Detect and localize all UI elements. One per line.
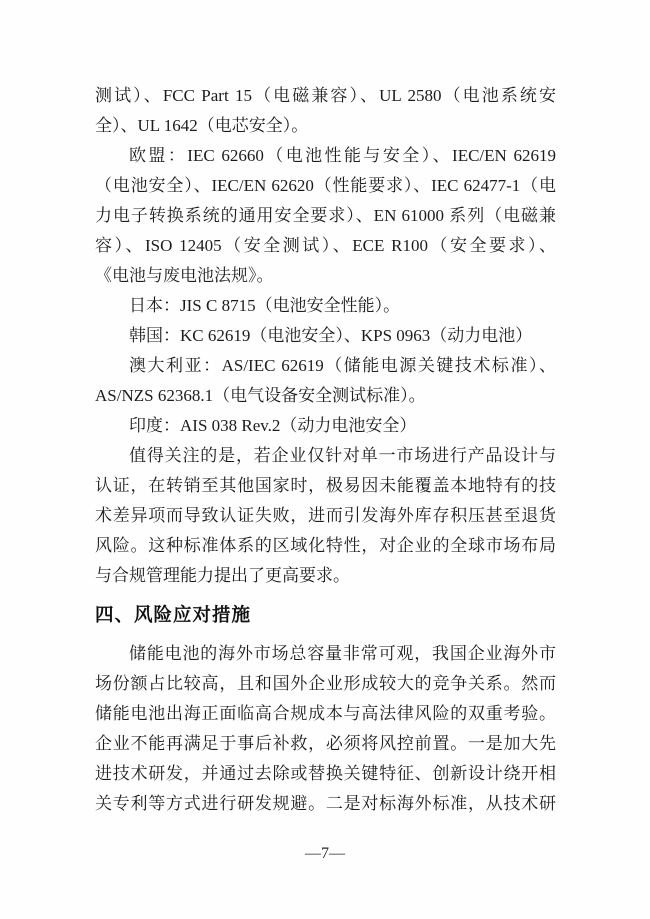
text-line: 储能电池的海外市场总容量非常可观，我国企业海外市 [95,639,556,669]
paragraph: 日本：JIS C 8715（电池安全性能）。 [95,291,556,321]
paragraph: 韩国：KC 62619（电池安全）、KPS 0963（动力电池） [95,321,556,351]
text-line: 企业不能再满足于事后补救，必须将风控前置。一是加大先 [95,729,556,759]
text-line: 《电池与废电池法规》。 [95,261,556,291]
text-line: 欧盟：IEC 62660（电池性能与安全）、IEC/EN 62619 [95,141,556,171]
paragraph: 印度：AIS 038 Rev.2（动力电池安全） [95,411,556,441]
document-page: 测试）、FCC Part 15（电磁兼容）、UL 2580（电池系统安全）、UL… [0,0,650,919]
paragraph: 澳大利亚：AS/IEC 62619（储能电源关键技术标准）、AS/NZS 623… [95,351,556,411]
document-body: 测试）、FCC Part 15（电磁兼容）、UL 2580（电池系统安全）、UL… [95,81,556,819]
text-line: 风险。这种标准体系的区域化特性，对企业的全球市场布局 [95,531,556,561]
paragraph: 储能电池的海外市场总容量非常可观，我国企业海外市场份额占比较高，且和国外企业形成… [95,639,556,819]
text-line: 关专利等方式进行研发规避。二是对标海外标准，从技术研 [95,789,556,819]
page-number: —7— [0,840,650,868]
paragraph: 测试）、FCC Part 15（电磁兼容）、UL 2580（电池系统安全）、UL… [95,81,556,141]
section-heading: 四、风险应对措施 [95,600,556,630]
text-line: 印度：AIS 038 Rev.2（动力电池安全） [95,411,556,441]
text-line: 储能电池出海正面临高合规成本与高法律风险的双重考验。 [95,699,556,729]
text-line: 韩国：KC 62619（电池安全）、KPS 0963（动力电池） [95,321,556,351]
text-line: AS/NZS 62368.1（电气设备安全测试标准）。 [95,381,556,411]
paragraph: 欧盟：IEC 62660（电池性能与安全）、IEC/EN 62619（电池安全）… [95,141,556,291]
paragraph: 值得关注的是，若企业仅针对单一市场进行产品设计与认证，在转销至其他国家时，极易因… [95,441,556,591]
text-line: 认证，在转销至其他国家时，极易因未能覆盖本地特有的技 [95,471,556,501]
text-line: 进技术研发，并通过去除或替换关键特征、创新设计绕开相 [95,759,556,789]
text-line: 场份额占比较高，且和国外企业形成较大的竞争关系。然而 [95,669,556,699]
text-line: 与合规管理能力提出了更高要求。 [95,561,556,591]
text-line: 容）、ISO 12405（安全测试）、ECE R100（安全要求）、 [95,231,556,261]
text-line: 术差异项而导致认证失败，进而引发海外库存积压甚至退货 [95,501,556,531]
text-line: （电池安全）、IEC/EN 62620（性能要求）、IEC 62477-1（电 [95,171,556,201]
text-line: 日本：JIS C 8715（电池安全性能）。 [95,291,556,321]
text-line: 全）、UL 1642（电芯安全）。 [95,111,556,141]
text-line: 力电子转换系统的通用安全要求）、EN 61000 系列（电磁兼 [95,201,556,231]
text-line: 值得关注的是，若企业仅针对单一市场进行产品设计与 [95,441,556,471]
text-line: 测试）、FCC Part 15（电磁兼容）、UL 2580（电池系统安 [95,81,556,111]
text-line: 澳大利亚：AS/IEC 62619（储能电源关键技术标准）、 [95,351,556,381]
